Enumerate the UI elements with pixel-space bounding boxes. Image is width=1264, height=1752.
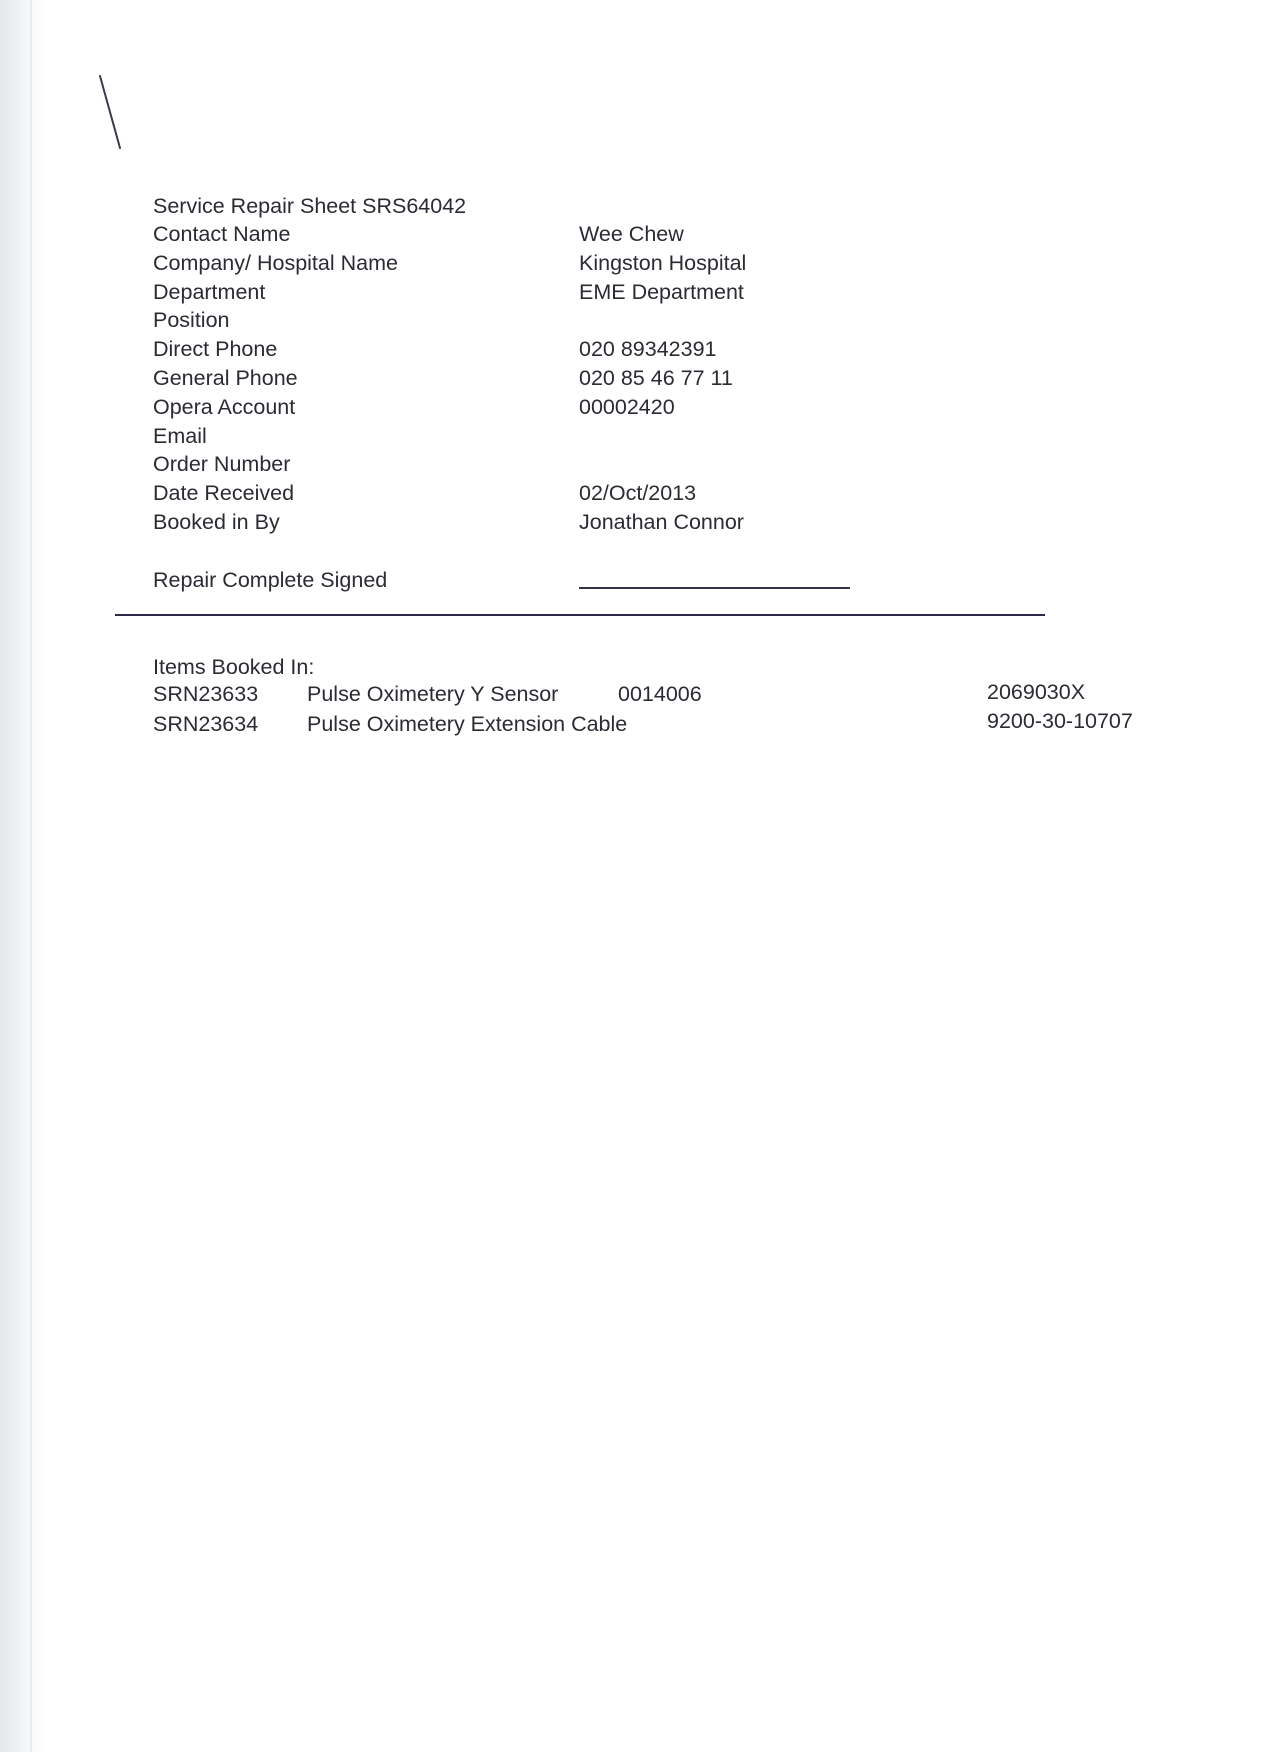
field-value-date-received: 02/Oct/2013 xyxy=(579,479,696,507)
field-value-department: EME Department xyxy=(579,278,744,306)
field-value-general-phone: 020 85 46 77 11 xyxy=(579,364,733,392)
item-description: Pulse Oximetery Extension Cable xyxy=(307,710,627,738)
field-label-booked-in-by: Booked in By xyxy=(153,508,280,536)
field-label-email: Email xyxy=(153,422,207,450)
field-label-general-phone: General Phone xyxy=(153,364,298,392)
item-id: SRN23633 xyxy=(153,680,258,708)
field-label-position: Position xyxy=(153,306,230,334)
section-divider xyxy=(115,614,1045,616)
scan-edge-line xyxy=(30,0,32,1752)
field-label-company: Company/ Hospital Name xyxy=(153,249,398,277)
signature-line xyxy=(579,587,850,589)
field-value-opera-account: 00002420 xyxy=(579,393,675,421)
document-title: Service Repair Sheet SRS64042 xyxy=(153,192,466,220)
field-label-department: Department xyxy=(153,278,265,306)
field-value-booked-in-by: Jonathan Connor xyxy=(579,508,744,536)
field-label-date-received: Date Received xyxy=(153,479,294,507)
field-value-company: Kingston Hospital xyxy=(579,249,746,277)
field-value-direct-phone: 020 89342391 xyxy=(579,335,717,363)
field-label-opera-account: Opera Account xyxy=(153,393,295,421)
item-description: Pulse Oximetery Y Sensor xyxy=(307,680,558,708)
item-ref: 9200-30-10707 xyxy=(987,707,1133,735)
item-serial: 0014006 xyxy=(618,680,702,708)
scan-shadow-edge xyxy=(0,0,44,1752)
field-label-direct-phone: Direct Phone xyxy=(153,335,277,363)
pen-mark xyxy=(96,72,126,154)
signature-label: Repair Complete Signed xyxy=(153,566,387,594)
item-ref: 2069030X xyxy=(987,678,1085,706)
items-heading: Items Booked In: xyxy=(153,653,314,681)
field-value-contact-name: Wee Chew xyxy=(579,220,684,248)
field-label-contact-name: Contact Name xyxy=(153,220,290,248)
item-id: SRN23634 xyxy=(153,710,258,738)
field-label-order-number: Order Number xyxy=(153,450,290,478)
